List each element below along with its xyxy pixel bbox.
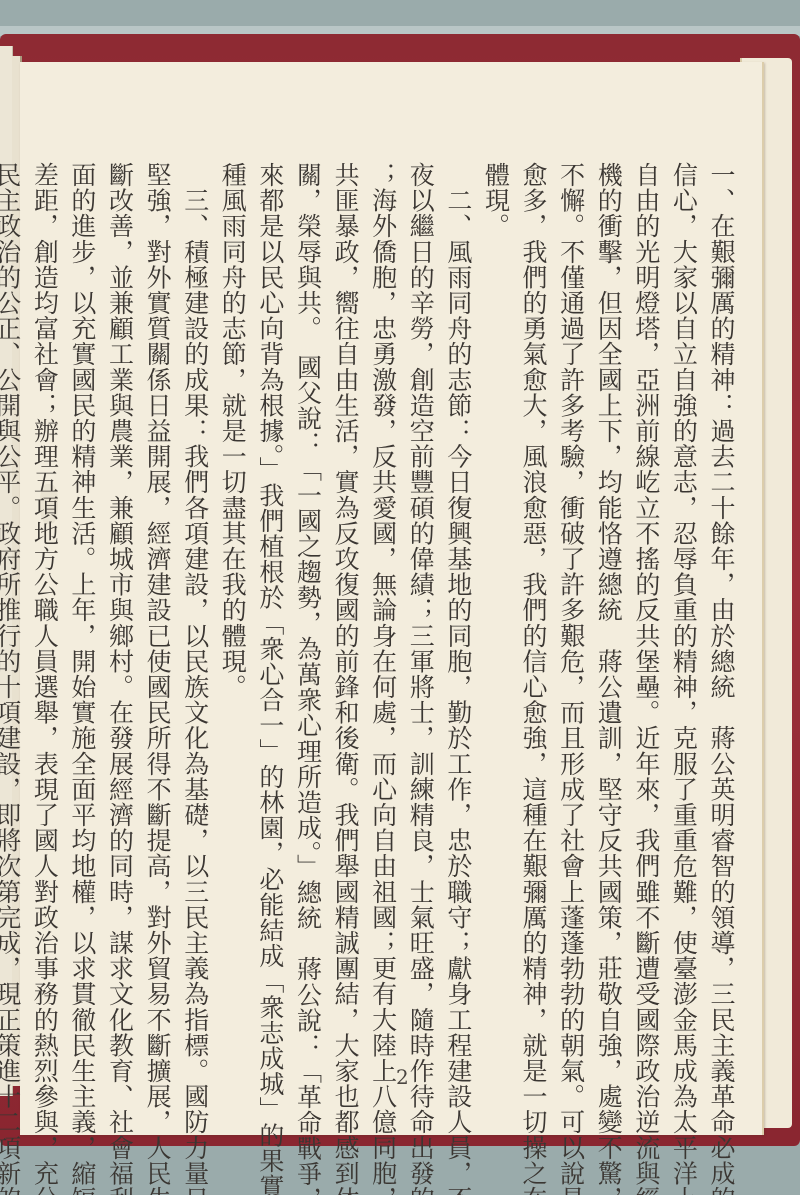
text-column: 不懈。不僅通過了許多考驗，衝破了許多艱危，而且形成了社會上蓬蓬勃勃的朝氣。可以說… (552, 162, 590, 842)
text-column: 斷改善，並兼顧工業與農業，兼顧城市與鄉村。在發展經濟的同時，謀求文化教育、社會福… (101, 162, 139, 842)
text-column: 二、風雨同舟的志節：今日復興基地的同胞，勤於工作，忠於職守；獻身工程建設人員，不… (439, 162, 477, 842)
text-column: 來都是以民心向背為根據。」我們植根於「衆心合一」的林園，必能結成「衆志成城」的果… (251, 162, 289, 842)
text-column: 民主政治的公正、公開與公平。政府所推行的十項建設，即將次第完成，現正策進十二項新… (0, 162, 26, 842)
text-column: 面的進步，以充實國民的精神生活。上年，開始實施全面平均地權，以求貫徹民生主義，縮… (63, 162, 101, 842)
text-column: 關，榮辱與共。 國父說：「一國之趨勢，為萬衆心理所造成。」總統 蔣公說：「革命戰… (289, 162, 327, 842)
vertical-text-body: 一、在艱彌厲的精神：過去二十餘年，由於總統 蔣公英明睿智的領導，三民主義革命必成… (0, 162, 740, 842)
text-column: 堅強，對外實質關係日益開展，經濟建設已使國民所得不斷提高，對外貿易不斷擴展，人民… (139, 162, 177, 842)
text-column: 夜以繼日的辛勞，創造空前豐碩的偉績；三軍將士，訓練精良，士氣旺盛，隨時作待命出發… (402, 162, 440, 842)
text-column: 差距，創造均富社會；辦理五項地方公職人員選舉，表現了國人對政治事務的熱烈參與，充… (26, 162, 64, 842)
text-column: 共匪暴政，嚮往自由生活，實為反攻復國的前鋒和後衛。我們舉國精誠團結，大家也都感到… (326, 162, 364, 842)
text-column: 一、在艱彌厲的精神：過去二十餘年，由於總統 蔣公英明睿智的領導，三民主義革命必成… (702, 162, 740, 842)
page-number: 2 (396, 1065, 409, 1089)
text-column: 信心，大家以自立自強的意志，忍辱負重的精神，克服了重重危難，使臺澎金馬成為太平洋… (665, 162, 703, 842)
text-column: ；海外僑胞，忠勇激發，反共愛國，無論身在何處，而心向自由祖國；更有大陸上八億同胞… (364, 162, 402, 842)
text-column: 體現。 (477, 162, 515, 842)
text-column: 種風雨同舟的志節，就是一切盡其在我的體現。 (214, 162, 252, 842)
text-column: 愈多，我們的勇氣愈大，風浪愈惡，我們的信心愈強，這種在艱彌厲的精神，就是一切操之… (514, 162, 552, 842)
text-column: 機的衝擊，但因全國上下，均能恪遵總統 蔣公遺訓，堅守反共國策，莊敬自強，處變不驚… (590, 162, 628, 842)
text-column: 三、積極建設的成果：我們各項建設，以民族文化為基礎，以三民主義為指標。國防力量日… (176, 162, 214, 842)
text-column: 自由的光明燈塔，亞洲前線屹立不搖的反共堡壘。近年來，我們雖不斷遭受國際政治逆流與… (627, 162, 665, 842)
